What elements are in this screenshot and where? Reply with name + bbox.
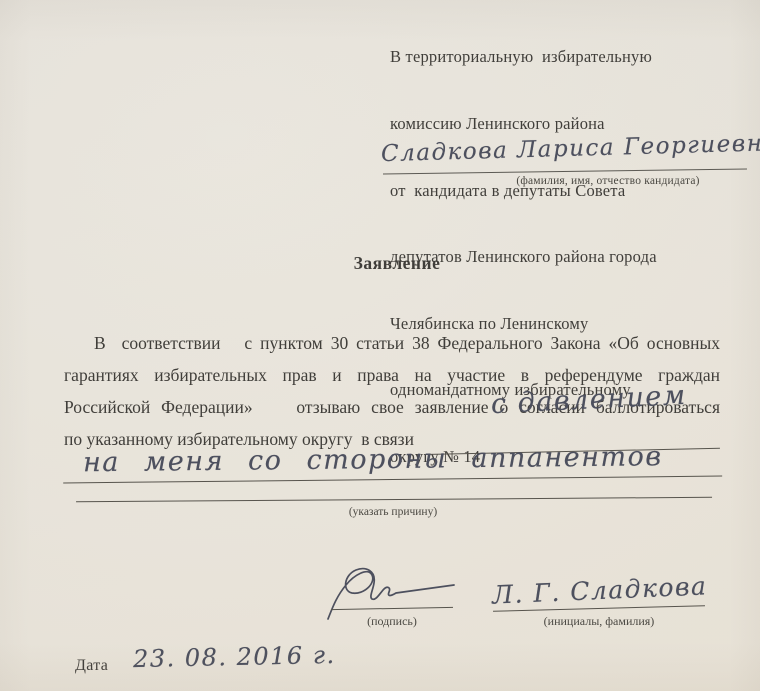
date-handwritten: 23. 08. 2016 г. bbox=[133, 641, 336, 673]
header-line: В территориальную избирательную bbox=[390, 46, 752, 68]
body-paragraph: В соответствии с пунктом 30 статьи 38 Фе… bbox=[64, 327, 720, 455]
document-photo: В территориальную избирательную комиссию… bbox=[0, 0, 760, 691]
signature-caption: (подпись) bbox=[325, 614, 459, 629]
initials-caption: (инициалы, фамилия) bbox=[490, 614, 708, 629]
signature-flourish bbox=[322, 563, 462, 621]
document-title: Заявление bbox=[37, 253, 757, 274]
date-label: Дата bbox=[75, 657, 108, 675]
candidate-name-caption: (фамилия, имя, отчество кандидата) bbox=[465, 175, 751, 187]
reason-handwritten-1: с давлением bbox=[490, 381, 687, 420]
reason-caption: (указать причину) bbox=[64, 506, 722, 518]
initials-handwritten: Л. Г. Сладкова bbox=[491, 571, 707, 609]
reason-handwritten-2: на меня со стороны аппанентов bbox=[63, 440, 722, 484]
